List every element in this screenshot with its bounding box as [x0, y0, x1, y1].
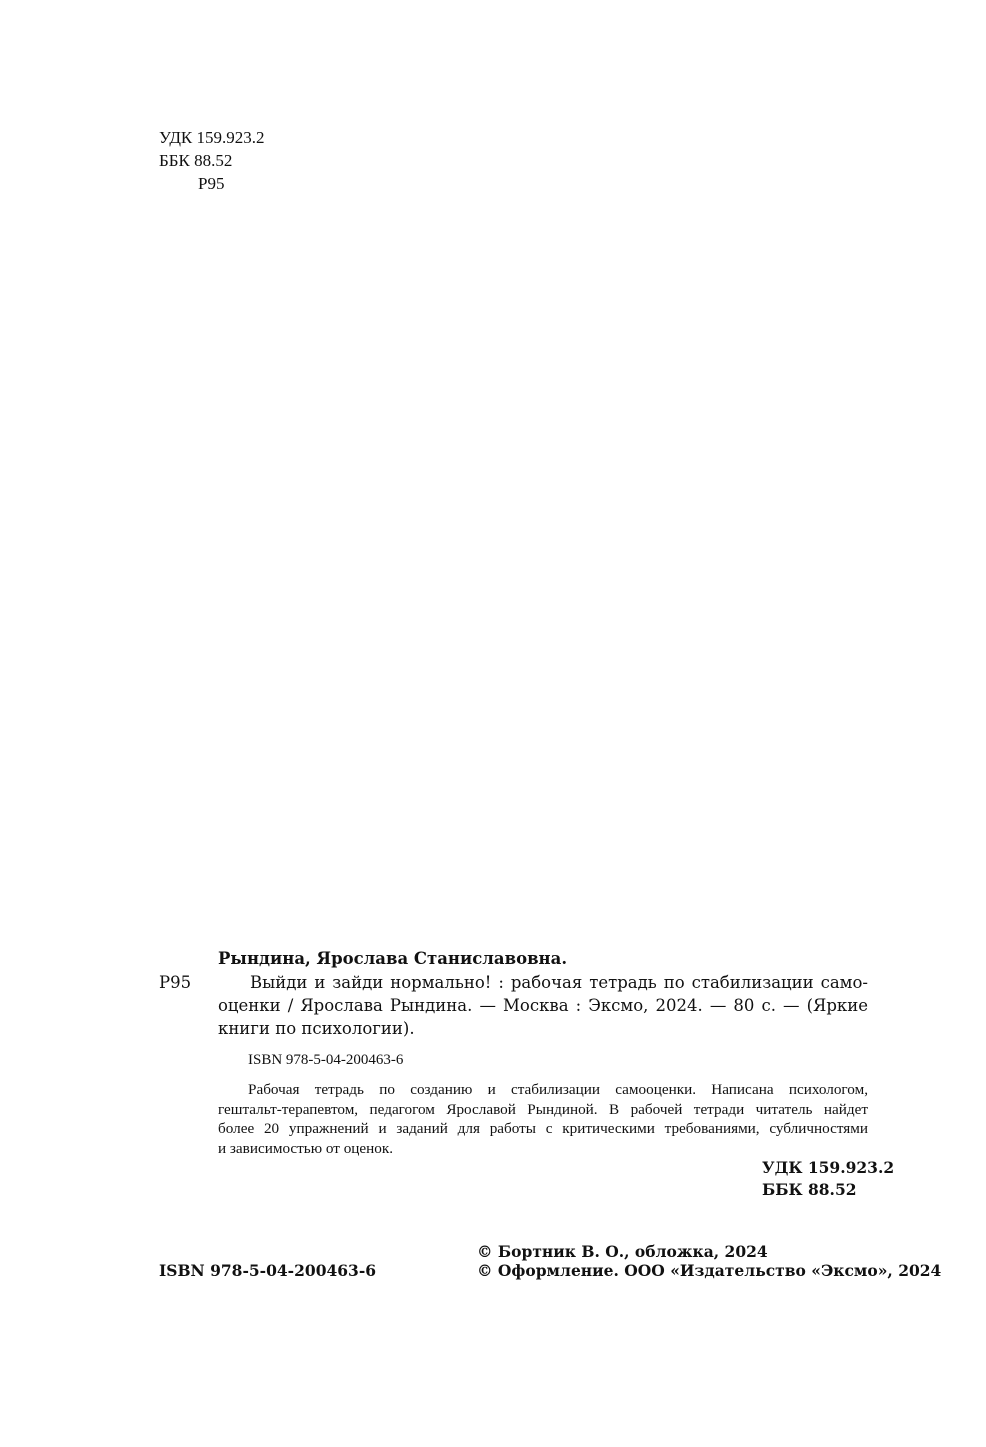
author-heading: Рындина, Ярослава Станиславовна.	[218, 948, 567, 970]
annotation: Рабочая тетрадь по созданию и стабилизац…	[218, 1080, 868, 1158]
copyright-block: © Бортник В. О., обложка, 2024 © Оформле…	[477, 1242, 941, 1280]
record-isbn: ISBN 978-5-04-200463-6	[248, 1050, 403, 1070]
record-author-mark: Р95	[159, 971, 191, 994]
footer-isbn: ISBN 978-5-04-200463-6	[159, 1261, 376, 1281]
bbk-code: ББК 88.52	[159, 149, 265, 172]
annotation-line: более 20 упражнений и заданий для работы…	[218, 1119, 868, 1139]
bibliographic-record: Выйди и зайди нормально! : рабочая тетра…	[218, 971, 868, 1040]
copyright-line: © Оформление. ООО «Издательство «Эксмо»,…	[477, 1261, 941, 1280]
record-line: оценки / Ярослава Рындина. — Москва : Эк…	[218, 994, 868, 1017]
annotation-line: и зависимостью от оценок.	[218, 1139, 868, 1159]
record-line: Выйди и зайди нормально! : рабочая тетра…	[218, 971, 868, 994]
udk-code: УДК 159.923.2	[762, 1157, 894, 1179]
annotation-line: гештальт-терапевтом, педагогом Ярославой…	[218, 1100, 868, 1120]
udk-code: УДК 159.923.2	[159, 126, 265, 149]
bbk-code: ББК 88.52	[762, 1179, 894, 1201]
author-mark: Р95	[159, 172, 265, 195]
copyright-line: © Бортник В. О., обложка, 2024	[477, 1242, 941, 1261]
top-classification: УДК 159.923.2 ББК 88.52 Р95	[159, 126, 265, 195]
right-classification: УДК 159.923.2 ББК 88.52	[762, 1157, 894, 1201]
record-line: книги по психологии).	[218, 1017, 868, 1040]
annotation-line: Рабочая тетрадь по созданию и стабилизац…	[218, 1080, 868, 1100]
